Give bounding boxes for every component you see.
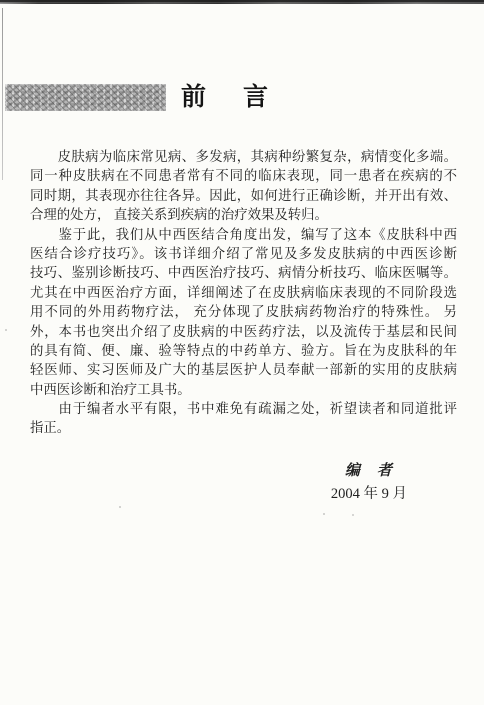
signature-date: 2004 年 9 月 [331,484,407,504]
text-line: 皮肤病为临床常见病、多发病，其病种纷繁复杂，病情变化多端。 [30,147,457,166]
text-line: 用不同的外用药物疗法， 充分体现了皮肤病药物治疗的特殊性。 另 [30,302,457,321]
text-line: 轻医师、实习医师及广大的基层医护人员奉献一部新的实用的皮肤病 [30,360,457,379]
decorative-band [5,84,166,111]
text-line: 同时期，其表现亦往往各异。因此，如何进行正确诊断，并开出有效、 [30,186,457,205]
author-signature: 编 者 [331,461,407,481]
preface-header: 前 言 [5,84,274,111]
text-line: 的具有简、便、廉、验等特点的中药单方、验方。旨在为皮肤科的年 [30,341,457,360]
scan-speck [119,506,121,508]
text-line: 技巧、鉴别诊断技巧、中西医治疗技巧、病情分析技巧、临床医嘱等。 [30,263,457,282]
scan-artifact-left-line [2,8,3,180]
scan-speck [5,329,7,331]
text-line: 中西医诊断和治疗工具书。 [30,380,457,399]
text-line: 由于编者水平有限，书中难免有疏漏之处，祈望读者和同道批评 [30,399,457,418]
text-line: 尤其在中西医治疗方面，详细阐述了在皮肤病临床表现的不同阶段选 [30,283,457,302]
scan-artifact-top-edge [0,0,484,4]
scan-speck [323,513,325,515]
signature-block: 编 者 2004 年 9 月 [331,461,407,504]
text-line: 合理的处方， 直接关系到疾病的治疗效果及转归。 [30,205,457,224]
text-line: 鉴于此，我们从中西医结合角度出发，编写了这本《皮肤科中西 [30,225,457,244]
text-line: 同一种皮肤病在不同患者常有不同的临床表现，同一患者在疾病的不 [30,166,457,185]
scan-speck [352,514,354,516]
text-line: 外，本书也突出介绍了皮肤病的中医药疗法，以及流传于基层和民间 [30,322,457,341]
page-title: 前 言 [181,84,274,111]
text-line: 医结合诊疗技巧》。该书详细介绍了常见及多发皮肤病的中西医诊断 [30,244,457,263]
scanned-preface-page: 前 言 皮肤病为临床常见病、多发病，其病种纷繁复杂，病情变化多端。同一种皮肤病在… [0,0,484,705]
text-line: 指正。 [30,418,457,437]
preface-body: 皮肤病为临床常见病、多发病，其病种纷繁复杂，病情变化多端。同一种皮肤病在不同患者… [30,147,457,438]
